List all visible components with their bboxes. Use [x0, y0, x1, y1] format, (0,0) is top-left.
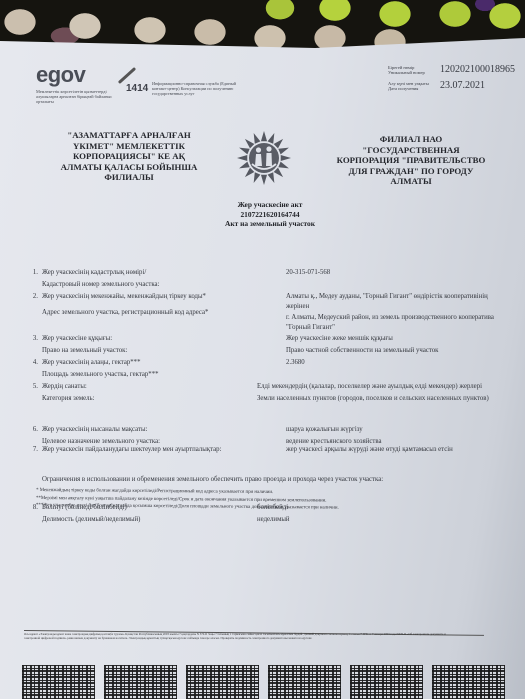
field-number: 5.	[24, 382, 38, 392]
field-value-ru: Земли населенных пунктов (городов, посел…	[257, 394, 494, 404]
egov-logo: egov	[36, 62, 118, 88]
field-label-ru: Площадь земельного участка, гектар***	[42, 370, 252, 380]
org-name-ru: Филиал НАО "Государственная корпорация "…	[336, 134, 486, 187]
field-label-kz: Жер учаскесіне құқығы:	[42, 334, 252, 344]
sun-family-emblem-icon	[236, 130, 292, 186]
land-plot-act-document: egov Мемлекеттік көрсетілетін қызметтерд…	[0, 38, 525, 699]
datamatrix-barcode	[350, 665, 423, 699]
act-title-kz: Жер учаскесіне акт	[170, 200, 370, 210]
field-value-ru: Право частной собственности на земельный…	[286, 346, 494, 356]
field-label-ru: Кадастровый номер земельного участка:	[42, 280, 252, 290]
receipt-date: 23.07.2021	[440, 80, 485, 91]
field-label: Жер учаскесіне құқығы:Право на земельный…	[42, 334, 252, 355]
unique-number-label-ru: Уникальный номер	[388, 70, 440, 75]
field-label: Жердің санаты:Категория земель:	[42, 382, 252, 403]
field-number: 1.	[24, 268, 38, 278]
field-label-ru: Делимость (делимый/неделимый)	[42, 515, 252, 525]
field-label-kz: Жер учаскесін пайдаланудағы шектеулер ме…	[42, 445, 242, 455]
pen-icon	[118, 67, 136, 84]
footnotes: * Мекенжайдың тіркеу коды болған жағдайд…	[36, 487, 516, 514]
field-number: 7.	[24, 445, 38, 455]
unique-number: 120202100018965	[440, 64, 515, 75]
datamatrix-barcode	[186, 665, 259, 699]
field-value: Жер учаскесіне жеке меншік құқығыПраво ч…	[286, 334, 494, 355]
field-value-kz: Жер учаскесіне жеке меншік құқығы	[286, 334, 494, 344]
field-value-kz: шаруа қожалығын жүргізу	[286, 425, 494, 435]
field-number: 6.	[24, 425, 38, 435]
act-title-block: Жер учаскесіне акт 2107221620164744 Акт …	[170, 200, 370, 229]
field-label-kz: Жер учаскесінің кадастрлық нөмірі/	[42, 268, 252, 278]
field-value: 20-315-071-568	[286, 268, 494, 280]
datamatrix-barcodes	[22, 665, 522, 699]
field-label-ru: Категория земель:	[42, 394, 252, 404]
egov-subtitle: Мемлекеттік көрсетілетін қызметтерді алу…	[36, 89, 118, 104]
datamatrix-barcode	[22, 665, 95, 699]
org-name-kz: "Азаматтарға арналған Үкімет" мемлекетті…	[54, 130, 204, 183]
legal-fineprint: Осы құжат «Электронды құжат және электро…	[24, 632, 454, 640]
field-label-kz: Жер учаскесінің алаңы, гектар***	[42, 358, 252, 368]
hotline-subtitle: Информационно-справочная служба (Единый …	[152, 81, 247, 96]
field-value: 2.3680	[286, 358, 494, 370]
datamatrix-barcode	[432, 665, 505, 699]
act-number: 2107221620164744	[170, 210, 370, 220]
field-label: Жер учаскесінің кадастрлық нөмірі/Кадаст…	[42, 268, 252, 289]
field-value-ru: неделимый	[257, 515, 494, 525]
act-title-ru: Акт на земельный участок	[170, 219, 370, 229]
field-number: 4.	[24, 358, 38, 368]
field-value: жер учаскесі арқылы жүруді және өтуді қа…	[286, 445, 494, 457]
field-value: шаруа қожалығын жүргізуведение крестьянс…	[286, 425, 494, 446]
field-value: Алматы қ., Медеу ауданы, "Горный Гигант"…	[286, 292, 494, 332]
field-label: Жер учаскесінің нысаналы мақсаты:Целевое…	[42, 425, 252, 446]
field-value-kz: Елді мекендердің (қалалар, поселкелер жә…	[257, 382, 494, 392]
field-label-kz: Жер учаскесінің мекенжайы, мекенжайдың т…	[42, 292, 252, 302]
field-value-kz: 2.3680	[286, 358, 494, 368]
field-value-kz: жер учаскесі арқылы жүруді және өтуді қа…	[286, 445, 494, 455]
field-value-kz: Алматы қ., Медеу ауданы, "Горный Гигант"…	[286, 292, 494, 311]
field-label: Жер учаскесін пайдаланудағы шектеулер ме…	[42, 445, 242, 455]
egov-header: egov Мемлекеттік көрсетілетін қызметтерд…	[36, 62, 118, 104]
field-label-ru: Ограничения в использовании и обременени…	[42, 475, 442, 485]
field-label-kz: Жердің санаты:	[42, 382, 252, 392]
field-label-ru: Право на земельный участок:	[42, 346, 252, 356]
field-number: 2.	[24, 292, 38, 302]
field-label-kz: Жер учаскесінің нысаналы мақсаты:	[42, 425, 252, 435]
field-label: Жер учаскесінің мекенжайы, мекенжайдың т…	[42, 292, 252, 317]
field-label: Жер учаскесінің алаңы, гектар***Площадь …	[42, 358, 252, 379]
hotline-number: 1414	[126, 83, 148, 94]
field-value: Елді мекендердің (қалалар, поселкелер жә…	[257, 382, 494, 403]
field-label-ru: Адрес земельного участка, регистрационны…	[42, 308, 252, 318]
datamatrix-barcode	[268, 665, 341, 699]
date-label-ru: Дата получения	[388, 86, 440, 91]
datamatrix-barcode	[104, 665, 177, 699]
document-meta: Бірегей нөмірУникальный номер 1202021000…	[388, 64, 515, 96]
field-value-ru: г. Алматы, Медеуский район, из земель пр…	[286, 313, 494, 332]
field-value-kz: 20-315-071-568	[286, 268, 494, 278]
field-number: 3.	[24, 334, 38, 344]
